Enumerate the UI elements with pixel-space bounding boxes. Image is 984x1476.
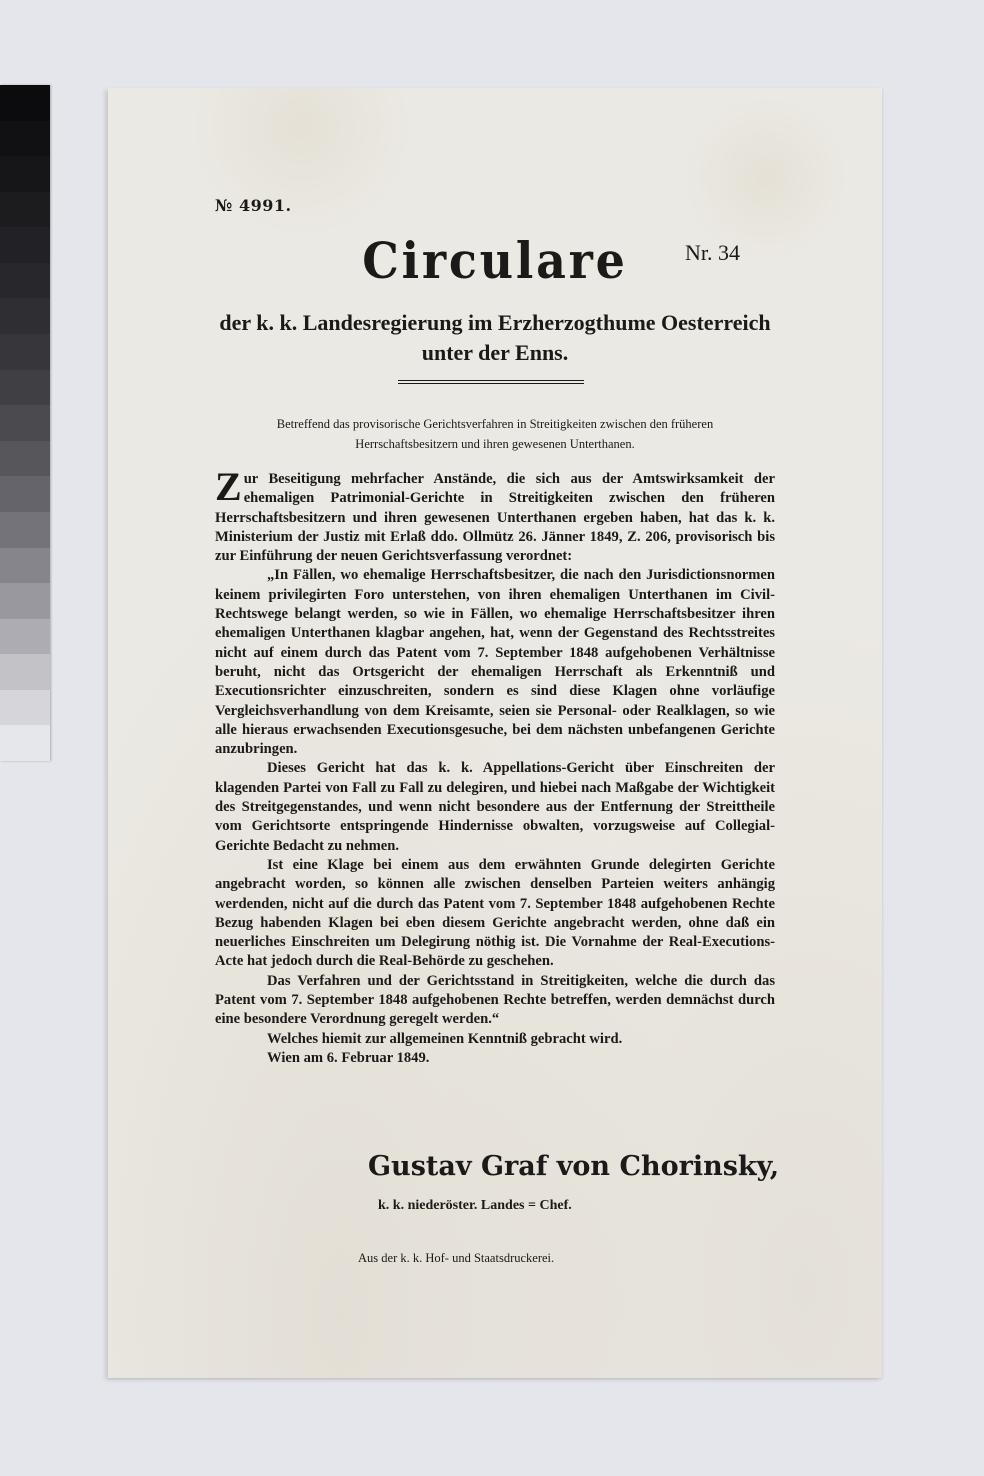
closing-statement: Welches hiemit zur allgemeinen Kenntniß …	[215, 1030, 775, 1049]
place-date: Wien am 6. Februar 1849.	[215, 1049, 775, 1068]
regarding-line: Betreffend das provisorische Gerichtsver…	[215, 414, 775, 454]
calibration-step	[0, 690, 50, 726]
calibration-step	[0, 583, 50, 619]
body-paragraph-5: Das Verfahren und der Gerichtsstand in S…	[215, 972, 775, 1030]
regarding-line-2: Herrschaftsbesitzern und ihren gewesenen…	[215, 434, 775, 454]
regarding-line-1: Betreffend das provisorische Gerichtsver…	[215, 414, 775, 434]
body-paragraph-1: Zur Beseitigung mehrfacher Anstände, die…	[215, 470, 775, 566]
calibration-step	[0, 619, 50, 655]
calibration-step	[0, 121, 50, 157]
signatory-title: k. k. niederöster. Landes = Chef.	[378, 1198, 572, 1214]
calibration-step	[0, 370, 50, 406]
body-paragraph-4: Ist eine Klage bei einem aus dem erwähnt…	[215, 856, 775, 972]
calibration-step	[0, 192, 50, 228]
calibration-step	[0, 298, 50, 334]
authority-line-2: unter der Enns.	[108, 338, 882, 368]
document-title: Circulare	[139, 231, 851, 290]
document-number: № 4991.	[215, 196, 292, 215]
drop-cap: Z	[215, 472, 242, 502]
grayscale-calibration-strip	[0, 85, 50, 761]
body-paragraph-2: „In Fällen, wo ehemalige Herrschaftsbesi…	[215, 566, 775, 759]
document-body: Zur Beseitigung mehrfacher Anstände, die…	[215, 470, 775, 1068]
calibration-step	[0, 548, 50, 584]
issuing-authority: der k. k. Landesregierung im Erzherzogth…	[108, 308, 882, 368]
authority-line-1: der k. k. Landesregierung im Erzherzogth…	[108, 308, 882, 338]
calibration-step	[0, 156, 50, 192]
calibration-step	[0, 263, 50, 299]
calibration-step	[0, 85, 50, 121]
title-divider	[398, 380, 584, 384]
calibration-step	[0, 441, 50, 477]
calibration-step	[0, 405, 50, 441]
body-paragraph-3: Dieses Gericht hat das k. k. Appellation…	[215, 759, 775, 855]
document-sheet: № 4991. Circulare Nr. 34 der k. k. Lande…	[108, 88, 882, 1378]
calibration-step	[0, 227, 50, 263]
printer-imprint: Aus der k. k. Hof- und Staatsdruckerei.	[358, 1251, 554, 1266]
handwritten-number: Nr. 34	[685, 240, 740, 266]
calibration-step	[0, 725, 50, 761]
calibration-step	[0, 654, 50, 690]
calibration-step	[0, 476, 50, 512]
calibration-step	[0, 512, 50, 548]
signatory-name: Gustav Graf von Chorinsky,	[368, 1151, 779, 1182]
calibration-step	[0, 334, 50, 370]
